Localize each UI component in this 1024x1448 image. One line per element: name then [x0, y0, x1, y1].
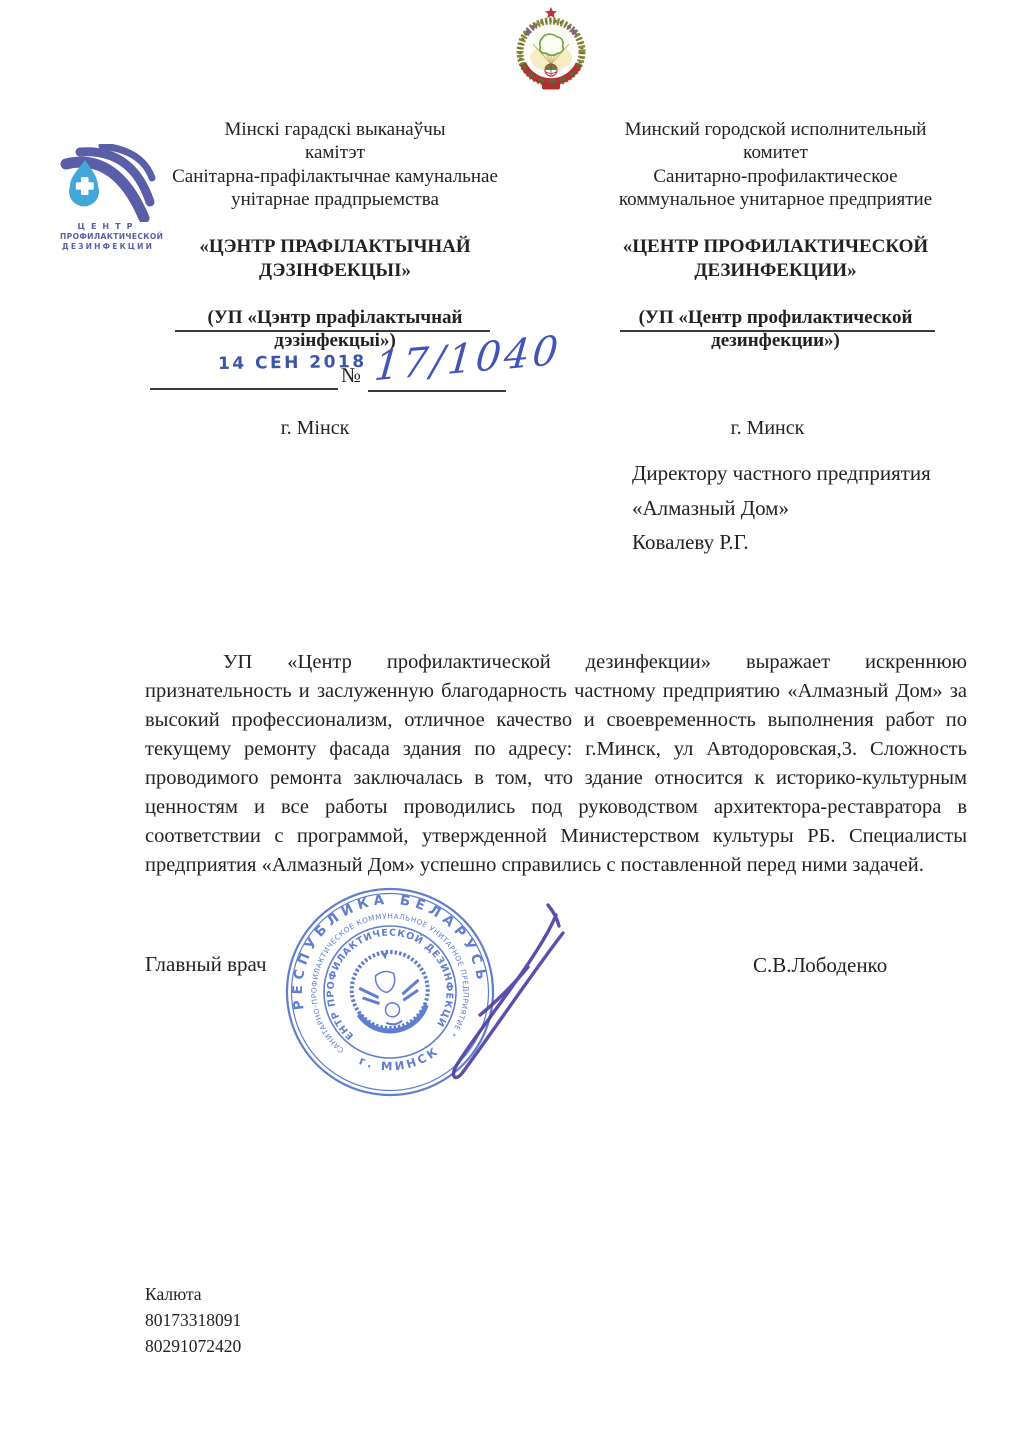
- logo-caption-line1: ЦЕНТР: [60, 222, 156, 232]
- addressee-block: Директору частного предприятия «Алмазный…: [632, 456, 931, 560]
- city-right: г. Минск: [700, 417, 835, 440]
- contact-phone-1: 80173318091: [145, 1307, 241, 1333]
- org-name-be: «ЦЭНТР ПРАФІЛАКТЫЧНАЙ ДЭЗІНФЕКЦЫІ»: [150, 235, 520, 282]
- logo-swoosh-drop-icon: [60, 144, 156, 222]
- letter-body-paragraph: УП «Центр профилактической дезинфекции» …: [145, 648, 967, 880]
- signer-name: С.В.Лободенко: [753, 953, 887, 978]
- letterhead-left-column: Мінскі гарадскі выканаўчы камітэт Саніта…: [150, 94, 520, 376]
- rule-left-under-date: [150, 388, 338, 390]
- org-lines-be: Мінскі гарадскі выканаўчы камітэт Саніта…: [150, 118, 520, 212]
- contact-name: Калюта: [145, 1281, 241, 1307]
- org-name-ru: «ЦЕНТР ПРОФИЛАКТИЧЕСКОЙ ДЕЗИНФЕКЦИИ»: [598, 235, 953, 282]
- company-logo: ЦЕНТР ПРОФИЛАКТИЧЕСКОЙ ДЕЗИНФЕКЦИИ: [60, 144, 156, 252]
- number-label: №: [341, 363, 361, 388]
- city-left: г. Мінск: [250, 417, 380, 440]
- org-short-ru: (УП «Центр профилактической дезинфекции»…: [598, 306, 953, 353]
- contact-phone-2: 80291072420: [145, 1333, 241, 1359]
- handwritten-signature: [420, 895, 595, 1100]
- logo-caption-line3: ДЕЗИНФЕКЦИИ: [60, 242, 156, 252]
- footer-contact-block: Калюта 80173318091 80291072420: [145, 1281, 241, 1359]
- logo-caption-line2: ПРОФИЛАКТИЧЕСКОЙ: [60, 232, 156, 242]
- rule-under-number: [368, 390, 506, 392]
- rule-left-top: [175, 330, 490, 332]
- rule-right-top: [620, 330, 935, 332]
- belarus-coat-of-arms-icon: [511, 6, 591, 92]
- letterhead-right-column: Минский городской исполнительный комитет…: [598, 94, 953, 376]
- org-lines-ru: Минский городской исполнительный комитет…: [598, 118, 953, 212]
- signer-title: Главный врач: [145, 952, 267, 977]
- scanned-letter-page: ЦЕНТР ПРОФИЛАКТИЧЕСКОЙ ДЕЗИНФЕКЦИИ Мінск…: [0, 0, 1024, 1448]
